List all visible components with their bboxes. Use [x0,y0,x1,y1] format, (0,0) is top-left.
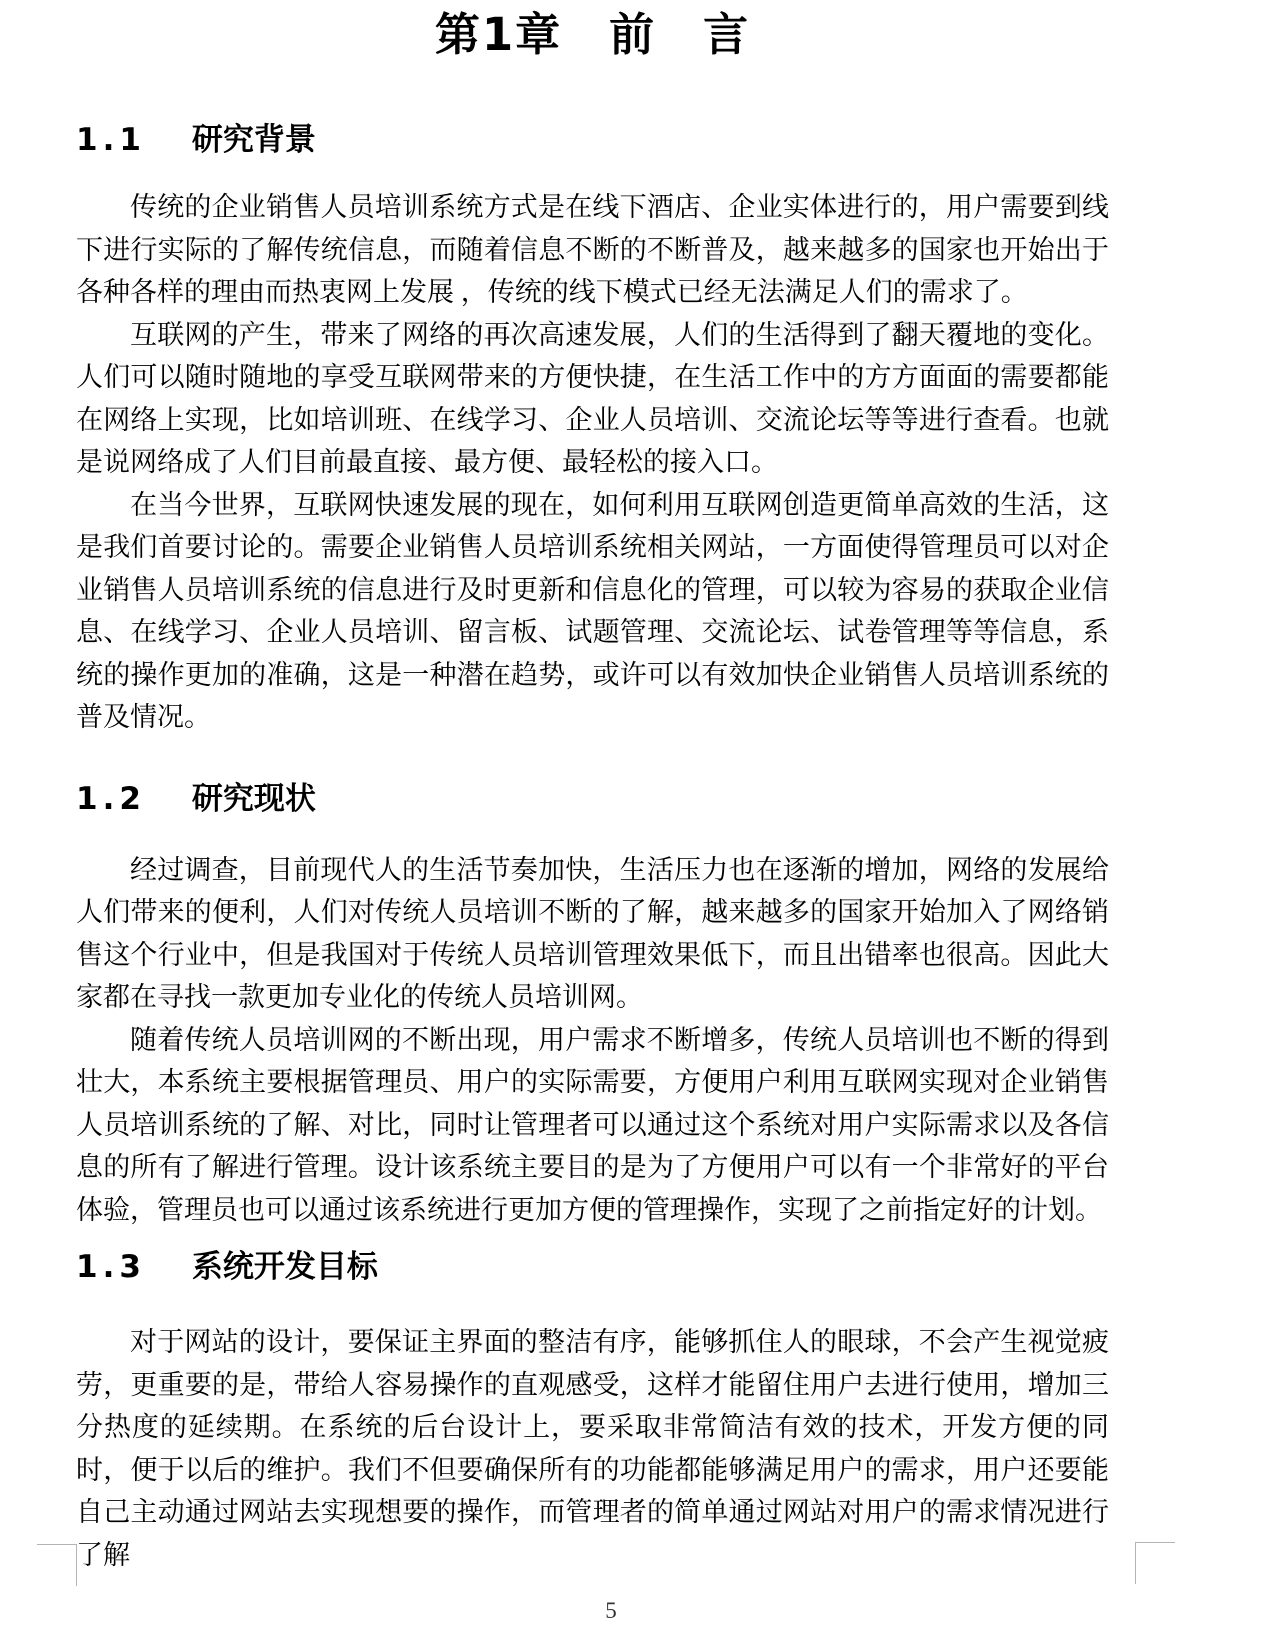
paragraph: 互联网的产生，带来了网络的再次高速发展，人们的生活得到了翻天覆地的变化。人们可以… [76,314,1109,484]
section-research-background: 1.1 研究背景 传统的企业销售人员培训系统方式是在线下酒店、企业实体进行的，用… [76,120,1109,739]
section-number: 1.3 [76,1247,146,1287]
section-title: 系统开发目标 [192,1247,378,1287]
paragraph: 随着传统人员培训网的不断出现，用户需求不断增多，传统人员培训也不断的得到壮大，本… [76,1019,1109,1232]
paragraph: 经过调查，目前现代人的生活节奏加快，生活压力也在逐渐的增加，网络的发展给人们带来… [76,849,1109,1019]
paragraph: 对于网站的设计，要保证主界面的整洁有序，能够抓住人的眼球，不会产生视觉疲劳，更重… [76,1321,1109,1576]
paragraph: 在当今世界，互联网快速发展的现在，如何利用互联网创造更简单高效的生活，这是我们首… [76,484,1109,739]
section-title: 研究现状 [192,779,316,819]
text-column: 第1章 前 言 1.1 研究背景 传统的企业销售人员培训系统方式是在线下酒店、企… [0,0,1287,1576]
text-boundary-mark-right [1135,1542,1175,1584]
section-number: 1.1 [76,120,146,160]
section-heading-1-1: 1.1 研究背景 [76,120,1109,160]
section-heading-1-2: 1.2 研究现状 [76,779,1109,819]
document-page: 第1章 前 言 1.1 研究背景 传统的企业销售人员培训系统方式是在线下酒店、企… [0,0,1287,1638]
paragraph: 传统的企业销售人员培训系统方式是在线下酒店、企业实体进行的，用户需要到线下进行实… [76,186,1109,314]
section-development-goals: 1.3 系统开发目标 对于网站的设计，要保证主界面的整洁有序，能够抓住人的眼球，… [76,1247,1109,1576]
section-research-status: 1.2 研究现状 经过调查，目前现代人的生活节奏加快，生活压力也在逐渐的增加，网… [76,779,1109,1232]
page-number: 5 [0,1598,1222,1624]
section-number: 1.2 [76,779,146,819]
chapter-title: 第1章 前 言 [76,6,1109,64]
text-boundary-mark-left [37,1544,77,1586]
section-title: 研究背景 [192,120,316,160]
section-heading-1-3: 1.3 系统开发目标 [76,1247,1109,1287]
